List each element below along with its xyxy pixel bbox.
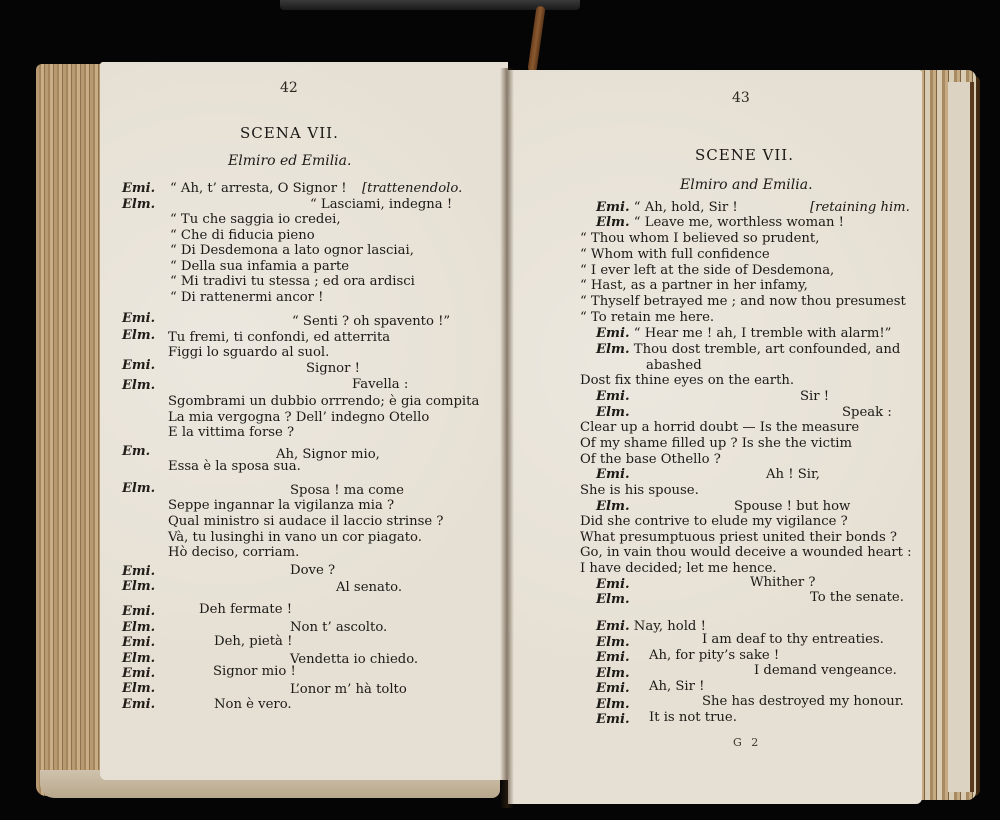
page-edges-right-paper: [948, 82, 974, 792]
speaker-label: Elm.: [122, 481, 155, 496]
dialogue-line: Ah ! Sir,: [766, 468, 820, 481]
dialogue-line: “ Senti ? oh spavento !”: [292, 315, 450, 328]
speaker-label: Elm.: [122, 378, 155, 393]
speaker-label: Emi.: [122, 311, 155, 326]
speaker-label: Elm.: [122, 579, 155, 594]
dialogue-line: Ah, for pity’s sake !: [649, 649, 779, 662]
dialogue-line: Sposa ! ma come: [290, 484, 404, 497]
speaker-label: Elm.: [596, 697, 630, 712]
dialogue-line: Did she contrive to elude my vigilance ?: [580, 515, 848, 528]
speaker-label: Emi.: [596, 713, 630, 726]
dialogue-text: Nay, hold !: [630, 619, 706, 634]
dialogue-line: Dost fix thine eyes on the earth.: [580, 374, 794, 387]
dialogue-line: “ Di rattenermi ancor !: [170, 291, 323, 304]
speaker-label: Elm.: [596, 499, 630, 514]
dialogue-line: I have decided; let me hence.: [580, 562, 777, 575]
dialogue-text: “ Ah, hold, Sir !: [630, 200, 738, 215]
dialogue-line: Whither ?: [750, 576, 815, 589]
dialogue-text: “ Leave me, worthless woman !: [630, 215, 844, 230]
dialogue-line: Speak :: [842, 406, 892, 419]
bookmark-ribbon: [527, 6, 545, 73]
dialogue-line: Signor mio !: [213, 665, 296, 678]
speaker-label: Emi.: [596, 682, 630, 695]
dialogue-line: What presumptuous priest united their bo…: [580, 531, 897, 544]
dialogue-line: Of the base Othello ?: [580, 453, 721, 466]
speaker-label: Emi.: [122, 635, 155, 650]
dialogue-line: “ Che di fiducia pieno: [170, 229, 315, 242]
dialogue-line: She is his spouse.: [580, 484, 699, 497]
dialogue-line: Emi. “ Hear me ! ah, I tremble with alar…: [596, 327, 891, 340]
dialogue-line: She has destroyed my honour.: [702, 695, 904, 708]
dialogue-line: Hò deciso, corriam.: [168, 546, 299, 559]
dialogue-line: “ Hast, as a partner in her infamy,: [580, 279, 808, 292]
speaker-label: Elm.: [596, 593, 630, 606]
speaker-label: Emi.: [122, 181, 155, 196]
book-gutter: [500, 68, 514, 808]
dialogue-line: Emi. Nay, hold !: [596, 620, 706, 633]
dialogue-line: “ Thou whom I believed so prudent,: [580, 232, 819, 245]
dialogue-line: Vendetta io chiedo.: [290, 653, 418, 666]
speaker-label: Emi.: [596, 681, 630, 696]
speaker-label: Elm.: [596, 592, 630, 607]
dialogue-line: [retaining him.: [810, 201, 910, 214]
dialogue-text: “ Hear me ! ah, I tremble with alarm!”: [630, 326, 892, 341]
dialogue-line: Elm. “ Leave me, worthless woman !: [596, 216, 844, 229]
characters-left: Elmiro ed Emilia.: [228, 153, 351, 169]
speaker-label: Elm.: [122, 681, 155, 696]
speaker-label: Emi.: [596, 389, 630, 404]
dialogue-line: Signor !: [306, 362, 360, 375]
speaker-label: Elm.: [596, 215, 630, 230]
dialogue-line: Favella :: [352, 378, 408, 391]
signature-mark: G 2: [733, 736, 761, 749]
speaker-label: Emi.: [596, 390, 630, 403]
speaker-label: Elm.: [596, 342, 630, 357]
dialogue-line: Al senato.: [336, 581, 402, 594]
dialogue-line: Sir !: [800, 390, 829, 403]
speaker-label: Elm.: [596, 405, 630, 420]
dialogue-line: “ To retain me here.: [580, 311, 714, 324]
speaker-label: Elm.: [596, 635, 630, 650]
dialogue-line: “ Mi tradivi tu stessa ; ed ora ardisci: [170, 275, 415, 288]
dialogue-text: Thou dost tremble, art confounded, and: [630, 342, 901, 357]
speaker-label: Emi.: [122, 604, 155, 619]
page-edges-left: [36, 64, 110, 796]
speaker-label: Elm.: [122, 328, 155, 343]
dialogue-line: Ah, Sir !: [649, 680, 704, 693]
dialogue-line: Qual ministro si audace il laccio strins…: [168, 515, 443, 528]
speaker-label: Emi.: [596, 326, 630, 341]
dialogue-line: I am deaf to thy entreaties.: [702, 633, 884, 646]
dialogue-line: Emi. “ Ah, hold, Sir !: [596, 201, 738, 214]
dialogue-line: “ Lasciami, indegna !: [310, 198, 452, 211]
speaker-label: Elm.: [596, 666, 630, 681]
speaker-label: Em.: [122, 444, 150, 459]
speaker-label: Emi.: [596, 619, 630, 634]
page-number-right: 43: [732, 90, 750, 106]
speaker-label: Elm.: [596, 667, 630, 680]
speaker-label: Elm.: [596, 500, 630, 513]
speaker-label: Emi.: [122, 666, 155, 681]
scene-title-right: SCENE VII.: [695, 146, 794, 164]
book-cover-top: [280, 0, 580, 10]
dialogue-line: L’onor m’ hà tolto: [290, 683, 407, 696]
speaker-label: Emi.: [122, 564, 155, 579]
page-number-left: 42: [280, 80, 298, 96]
dialogue-line: I demand vengeance.: [754, 664, 897, 677]
speaker-label: Emi.: [122, 697, 155, 712]
dialogue-line: Deh fermate !: [199, 603, 292, 616]
dialogue-line: Elm. Thou dost tremble, art confounded, …: [596, 343, 900, 356]
dialogue-line: Dove ?: [290, 564, 335, 577]
speaker-label: Elm.: [596, 406, 630, 419]
stage-direction: [trattenendolo.: [362, 182, 462, 195]
speaker-label: Elm.: [122, 651, 155, 666]
dialogue-line: Go, in vain thou would deceive a wounded…: [580, 546, 912, 559]
dialogue-line: Sgombrami un dubbio orrrendo; è gia comp…: [168, 395, 479, 408]
dialogue-line: “ Di Desdemona a lato ognor lasciai,: [170, 244, 414, 257]
speaker-label: Elm.: [596, 636, 630, 649]
dialogue-line: Clear up a horrid doubt — Is the measure: [580, 421, 859, 434]
dialogue-line: La mia vergogna ? Dell’ indegno Otello: [168, 411, 429, 424]
dialogue-line: E la vittima forse ?: [168, 426, 294, 439]
dialogue-line: To the senate.: [810, 591, 904, 604]
dialogue-line: “ Whom with full confidence: [580, 248, 770, 261]
scene-title-left: SCENA VII.: [240, 124, 339, 142]
speaker-label: Emi.: [596, 651, 630, 664]
speaker-label: Emi.: [596, 578, 630, 591]
speaker-label: Emi.: [596, 467, 630, 482]
dialogue-line: Non t’ ascolto.: [290, 621, 387, 634]
dialogue-line: “ I ever left at the side of Desdemona,: [580, 264, 834, 277]
dialogue-line: “ Thyself betrayed me ; and now thou pre…: [580, 295, 906, 308]
dialogue-line: Spouse ! but how: [734, 500, 850, 513]
speaker-label: Elm.: [596, 698, 630, 711]
dialogue-line: It is not true.: [649, 711, 737, 724]
dialogue-line: Of my shame filled up ? Is she the victi…: [580, 437, 852, 450]
dialogue-line: Seppe ingannar la vigilanza mia ?: [168, 499, 394, 512]
speaker-label: Elm.: [122, 197, 155, 212]
characters-right: Elmiro and Emilia.: [680, 177, 813, 193]
speaker-label: Emi.: [122, 358, 155, 373]
speaker-label: Elm.: [122, 620, 155, 635]
speaker-label: Emi.: [596, 650, 630, 665]
dialogue-line: Essa è la sposa sua.: [168, 460, 301, 473]
dialogue-line: “ Tu che saggia io credei,: [170, 213, 341, 226]
dialogue-line: Deh, pietà !: [214, 635, 292, 648]
dialogue-line: Và, tu lusinghi in vano un cor piagato.: [168, 531, 422, 544]
dialogue-line: abashed: [646, 359, 702, 372]
dialogue-line: “ Della sua infamia a parte: [170, 260, 349, 273]
speaker-label: Emi.: [596, 200, 630, 215]
dialogue-line: “ Ah, t’ arresta, O Signor !: [170, 182, 347, 195]
speaker-label: Emi.: [596, 577, 630, 592]
speaker-label: Emi.: [596, 712, 630, 727]
dialogue-line: Non è vero.: [214, 698, 292, 711]
speaker-label: Emi.: [596, 468, 630, 481]
dialogue-line: Figgi lo sguardo al suol.: [168, 346, 329, 359]
dialogue-line: Tu fremi, ti confondi, ed atterrita: [168, 331, 390, 344]
